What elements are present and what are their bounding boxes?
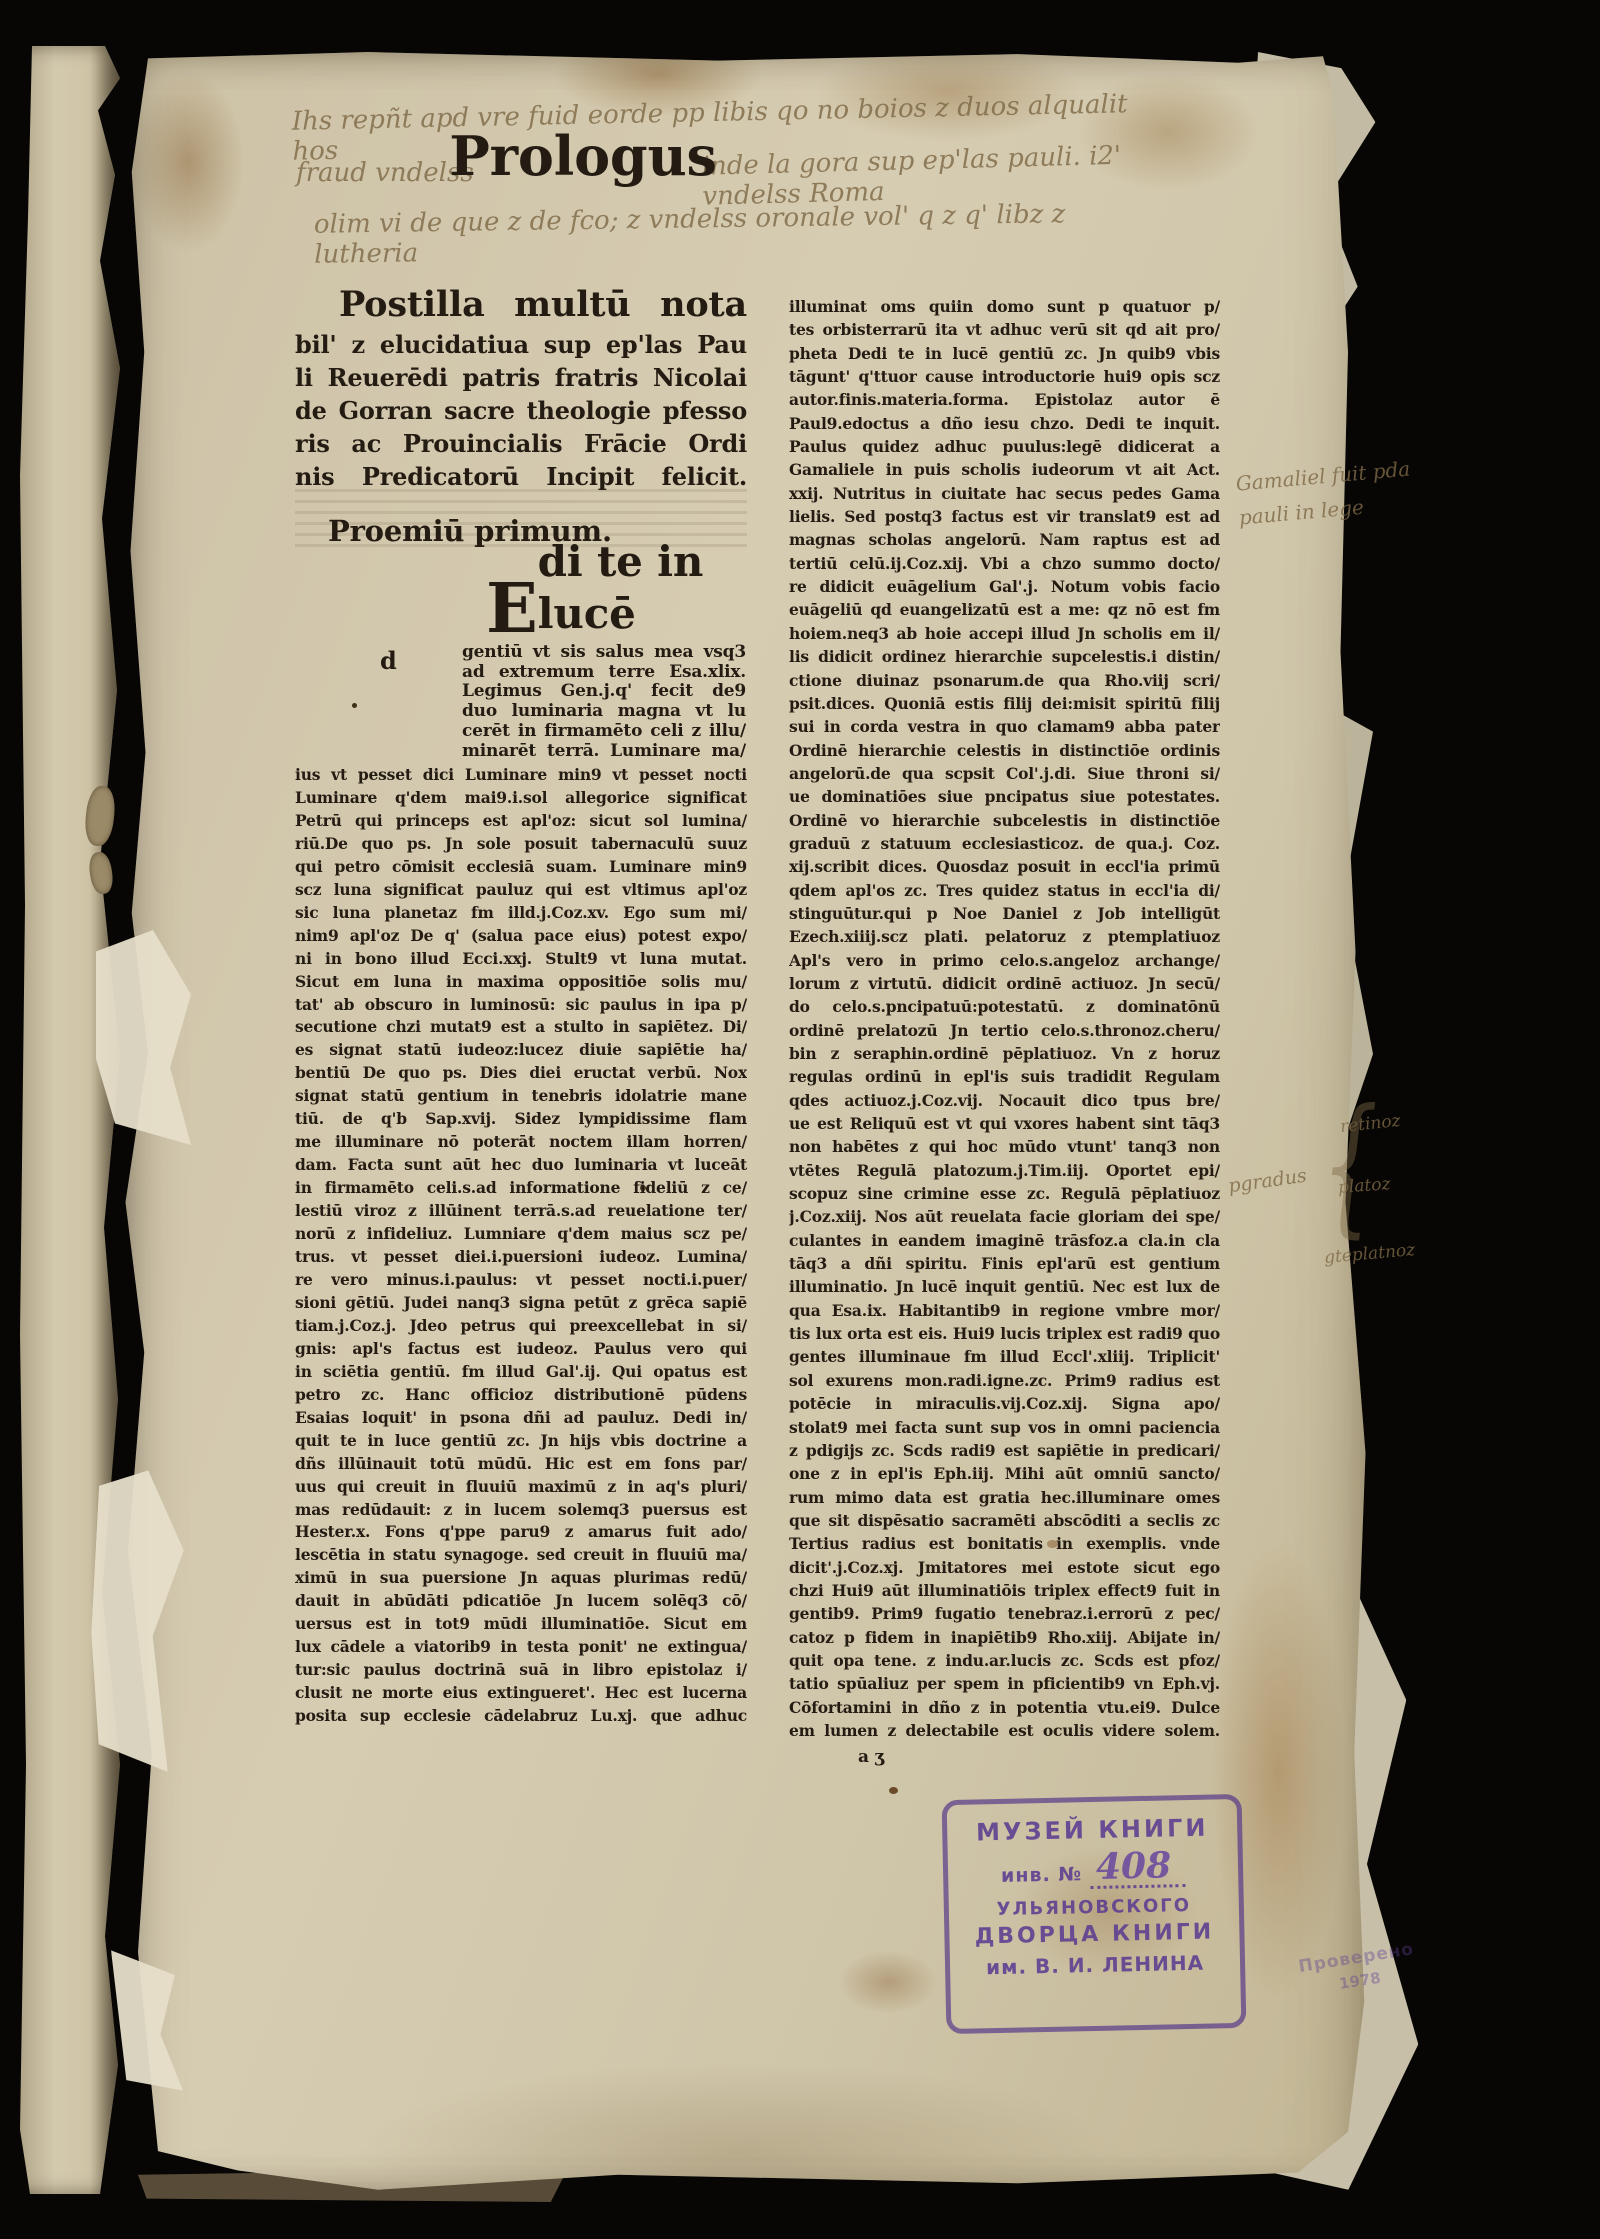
header-line: de Gorran sacre theologie pfesso [295,394,747,427]
text-line: quit te in luce gentiū zc. Jn hijs vbis … [295,1430,747,1453]
margin-note-grades: pgradus { retinoz platoz gteplatnoz [1228,1092,1458,1302]
text-line: tertiū celū.ij.Coz.xij. Vbi a chzo summo… [789,552,1220,575]
text-line: culantes in eandem imaginē trāsfoz.a cla… [789,1229,1220,1252]
text-line: bentiū De quo ps. Dies diei eructat verb… [295,1062,747,1085]
text-line: stolat9 mei facta sunt sup vos in omni p… [789,1416,1220,1439]
text-line: gentes illuminaue fm illud Eccl'.xliij. … [789,1345,1220,1368]
text-line: qua Esa.ix. Habitantib9 in regione vmbre… [789,1299,1220,1322]
text-line: Sicut em luna in maxima oppositiōe solis… [295,971,747,994]
text-line: lis didicit ordinez hierarchie supcelest… [789,645,1220,668]
text-line: dñs illūinauit totū mūdū. Hic est em fon… [295,1453,747,1476]
text-line: ius vt pesset dici Luminare min9 vt pess… [295,764,747,787]
text-line: signat statū gentium in tenebris idolatr… [295,1085,747,1108]
text-line: lorum z virtutū. didicit ordinē actiuoz.… [789,972,1220,995]
text-line: one z in epl'is Eph.iij. Mihi aūt omniū … [789,1462,1220,1485]
text-line: ximū in sua puersione Jn aquas plurimas … [295,1567,747,1590]
previous-page-edge [20,46,120,2194]
text-line: me illuminare nō poterāt noctem illam ho… [295,1131,747,1154]
text-line: z pdigijs zc. Scds radi9 est sapiētie in… [789,1439,1220,1462]
text-line: clusit ne morte eius extingueret'. Hec e… [295,1682,747,1705]
text-line: in sciētia gentiū. fm illud Gal'.ij. Qui… [295,1361,747,1384]
header-line: ris ac Prouincialis Frācie Ordi [295,427,747,460]
signature-mark: a ʒ [858,1747,884,1767]
text-line: dauit in abūdāti pdicatiōe Jn lucem solē… [295,1590,747,1613]
text-line: lestiū viroz z illūinent terrā.s.ad reue… [295,1200,747,1223]
text-line: non habētes z qui hoc mūdo vtunt' tanq3 … [789,1135,1220,1158]
incipit-header: Postilla multū nota bil' z elucidatiua s… [295,282,747,493]
text-line: uus qui creuit in fluuiū maximū z in aq'… [295,1476,747,1499]
text-line: secutione chzi mutat9 est a stulto in sa… [295,1016,747,1039]
text-line: tāq3 a dñi spiritu. Finis epl'arū est ge… [789,1252,1220,1275]
text-line: xij.scribit dices. Quosdaz posuit in ecc… [789,855,1220,878]
text-line: Luminare q'dem mai9.i.sol allegorice sig… [295,787,747,810]
text-line: regulas ordinū in epl'is suis tradidit R… [789,1065,1220,1088]
text-line: gentiū vt sis salus mea vsq3 [462,643,746,663]
right-text-column: illuminat oms quiin domo sunt p quatuor … [789,295,1220,1742]
ink-spot [352,703,357,708]
left-column-indented-lines: gentiū vt sis salus mea vsq3ad extremum … [462,643,746,761]
text-line: duo luminaria magna vt lu [462,702,746,722]
stamp-inv-label: инв. № [1001,1863,1083,1891]
text-line: stinguūtur.qui p Noe Daniel z Job intell… [789,902,1220,925]
text-line: sol exurens mon.radi.igne.zc. Prim9 radi… [789,1369,1220,1392]
text-line: pheta Dedi te in lucē gentiū zc. Jn quib… [789,342,1220,365]
text-line: Legimus Gen.j.q' fecit de9 [462,682,746,702]
text-line: dicit'.j.Coz.xj. Jmitatores mei estote s… [789,1556,1220,1579]
drop-initial: E [486,578,538,640]
text-line: illuminatio. Jn lucē inquit gentiū. Nec … [789,1275,1220,1298]
text-line: riū.De quo ps. Jn sole posuit tabernacul… [295,833,747,856]
text-line: tatio spūaliuz per spem in pficientib9 v… [789,1672,1220,1695]
library-stamp: МУЗЕЙ КНИГИ инв. № 408 УЛЬЯНОВСКОГО ДВОР… [942,1794,1247,2034]
text-line: Paulus quidez adhuc puulus:legē didicera… [789,435,1220,458]
brace-glyph: { [1321,1078,1378,1252]
text-line: es signat statū iudeoz:lucez diuie sapiē… [295,1039,747,1062]
page-title: Prologus [448,124,718,188]
text-line: minarēt terrā. Luminare ma/ [462,742,746,762]
text-line: illuminat oms quiin domo sunt p quatuor … [789,295,1220,318]
text-line: tāgunt' q'ttuor cause introductorie hui9… [789,365,1220,388]
text-line: sic luna planetaz fm illd.j.Coz.xv. Ego … [295,902,747,925]
text-line: scz luna significat pauluz qui est vltim… [295,879,747,902]
text-line: do celo.s.pncipatuū:potestatū. z dominat… [789,995,1220,1018]
text-line: xxij. Nutritus in ciuitate hac secus ped… [789,482,1220,505]
header-line: bil' z elucidatiua sup ep'las Pau [295,328,747,361]
text-line: Esaias loquit' in psona dñi ad pauluz. D… [295,1407,747,1430]
header-line: nis Predicatorū Incipit felicit. [295,460,747,493]
incipit-opening: Edi te in lucē [486,536,748,640]
header-line: li Reuerēdi patris fratris Nicolai [295,361,747,394]
text-line: trus. vt pesset diei.i.puersioni iudeoz.… [295,1246,747,1269]
text-line: Cōfortamini in dño z in potentia vtu.ei9… [789,1696,1220,1719]
text-line: mas redūdauit: z in lucem solemq3 puersu… [295,1499,747,1522]
stamp-palace-line: ДВОРЦА КНИГИ [949,1919,1239,1950]
text-line: lescētia in statu synagoge. sed creuit i… [295,1544,747,1567]
text-line: tur:sic paulus doctrinā suā in libro epi… [295,1659,747,1682]
header-line: Postilla multū nota [295,282,747,328]
text-line: re didicit euāgelium Gal'.j. Notum vobis… [789,575,1220,598]
left-text-column: ius vt pesset dici Luminare min9 vt pess… [295,764,747,1728]
text-line: uersus est in tot9 mūdi illuminatiōe. Si… [295,1613,747,1636]
text-line: bin z seraphin.ordinē pēplatiuoz. Vn z h… [789,1042,1220,1065]
text-line: tiū. de q'b Sap.xvij. Sidez lympidissime… [295,1108,747,1131]
text-line: euāgeliū qd euangelizatū est a me: qz nō… [789,598,1220,621]
margin-note-item: platoz [1337,1174,1391,1198]
text-line: ordinē prelatozū Jn tertio celo.s.throno… [789,1019,1220,1042]
text-line: tiam.j.Coz.j. Jdeo petrus qui preexcelle… [295,1315,747,1338]
stamp-lenin-line: им. В. И. ЛЕНИНА [950,1950,1240,1980]
inventory-number: 408 [1090,1848,1186,1889]
text-line: catoz p fidem in inapiētib9 Rho.xiij. Ab… [789,1626,1220,1649]
text-line: vtētes Regulā platozum.j.Tim.iij. Oporte… [789,1159,1220,1182]
stamp-inventory-row: инв. № 408 [948,1847,1239,1892]
text-line: gentib9. Prim9 fugatio tenebraz.i.errorū… [789,1602,1220,1625]
text-line: ue est Reliquū est vt qui vxores habent … [789,1112,1220,1135]
text-line: norū z infideliuz. Lumniare q'dem maius … [295,1223,747,1246]
text-line: qdem apl'os zc. Tres quidez status in ec… [789,879,1220,902]
text-line: scopuz sine crimine esse zc. Regulā pēpl… [789,1182,1220,1205]
text-line: j.Coz.xiij. Nos aūt reuelata facie glori… [789,1205,1220,1228]
text-line: magnas scholas angelorū. Nam raptus est … [789,528,1220,551]
text-line: Ezech.xiiij.scz plati. pelatoruz z ptemp… [789,925,1220,948]
text-line: potēcie in miraculis.vij.Coz.xij. Signa … [789,1392,1220,1415]
handwritten-annotation: olim vi de que z de fco; z vndelss orona… [314,198,1145,270]
margin-note-label: pgradus [1227,1165,1308,1198]
text-line: qui petro cōmisit ecclesiā suam. Luminar… [295,856,747,879]
text-line: gnis: apl's factus est iudeoz. Paulus ve… [295,1338,747,1361]
text-line: qdes actiuoz.j.Coz.vij. Nocauit dico tpu… [789,1089,1220,1112]
text-line: Gamaliele in puis scholis iudeorum vt ai… [789,458,1220,481]
text-line: petro zc. Hanc officioz distributionē pū… [295,1384,747,1407]
text-line: sioni gētiū. Judei nanq3 signa petūt z g… [295,1292,747,1315]
text-line: ad extremum terre Esa.xlix. [462,663,746,683]
text-line: tis lux orta est eis. Hui9 lucis triplex… [789,1322,1220,1345]
incipit-words: di te in lucē [538,536,748,640]
text-line: Hester.x. Fons q'ppe paru9 z amarus fuit… [295,1521,747,1544]
text-line: angelorū.de qua scpsit Col'.j.di. Siue t… [789,762,1220,785]
text-line: chzi Hui9 aūt illuminatiōis triplex effe… [789,1579,1220,1602]
text-line: Paul9.edoctus a dño iesu chzo. Dedi te i… [789,412,1220,435]
text-line: tes orbisterrarū ita vt adhuc verū sit q… [789,318,1220,341]
text-line: tat' ab obscuro in luminosū: sic paulus … [295,994,747,1017]
text-line: ctione diuinaz psonarum.de qua Rho.viij … [789,669,1220,692]
text-line: Ordinē hierarchie celestis in distinctiō… [789,739,1220,762]
text-line: lielis. Sed postq3 factus est vir transl… [789,505,1220,528]
text-line: rum mimo data est gratia hec.illuminare … [789,1486,1220,1509]
stamp-museum-line: МУЗЕЙ КНИГИ [947,1813,1238,1847]
text-line: dam. Facta sunt aūt hec duo luminaria vt… [295,1154,747,1177]
text-line: psit.dices. Quoniā estis filij dei:misit… [789,692,1220,715]
text-line: Ordinē vo hierarchie subcelestis in dist… [789,809,1220,832]
text-line: graduū z statuum ecclesiasticoz. de qua.… [789,832,1220,855]
text-line: ue dominatiōes siue pncipatus siue potes… [789,785,1220,808]
text-line: Tertius radius est bonitatis in exemplis… [789,1532,1220,1555]
text-line: cerēt in firmamēto celi z illu/ [462,722,746,742]
text-line: posita sup ecclesie cādelabruz Lu.xj. qu… [295,1705,747,1728]
text-line: em lumen z delectabile est oculis videre… [789,1719,1220,1742]
text-line: in firmamēto celi.s.ad informatione fide… [295,1177,747,1200]
text-line: nim9 apl'oz De q' (salua pace eius) pote… [295,925,747,948]
text-line: Petrū qui princeps est apl'oz: sicut sol… [295,810,747,833]
text-line: hoiem.neq3 ab hoie accepi illud Jn schol… [789,622,1220,645]
photo-background: Ihs repñt apd vre fuid eorde pp libis qo… [0,0,1600,2239]
text-line: que sit dispēsatio sacramēti abscōditi a… [789,1509,1220,1532]
text-line: ni in bono illud Ecci.xxj. Stult9 vt lun… [295,948,747,971]
text-line: quit opa tene. z indu.ar.lucis zc. Scds … [789,1649,1220,1672]
text-line: sui in corda vestra in quo clamam9 abba … [789,715,1220,738]
text-line: Apl's vero in primo celo.s.angeloz archa… [789,949,1220,972]
text-line: re vero minus.i.paulus: vt pesset nocti.… [295,1269,747,1292]
text-line: autor.finis.materia.forma. Epistolaz aut… [789,388,1220,411]
text-line: lux cādele a viatorib9 in testa ponit' n… [295,1636,747,1659]
stamp-city-line: УЛЬЯНОВСКОГО [949,1894,1239,1921]
guide-letter: d [380,646,397,675]
stain-spot [889,1787,898,1794]
